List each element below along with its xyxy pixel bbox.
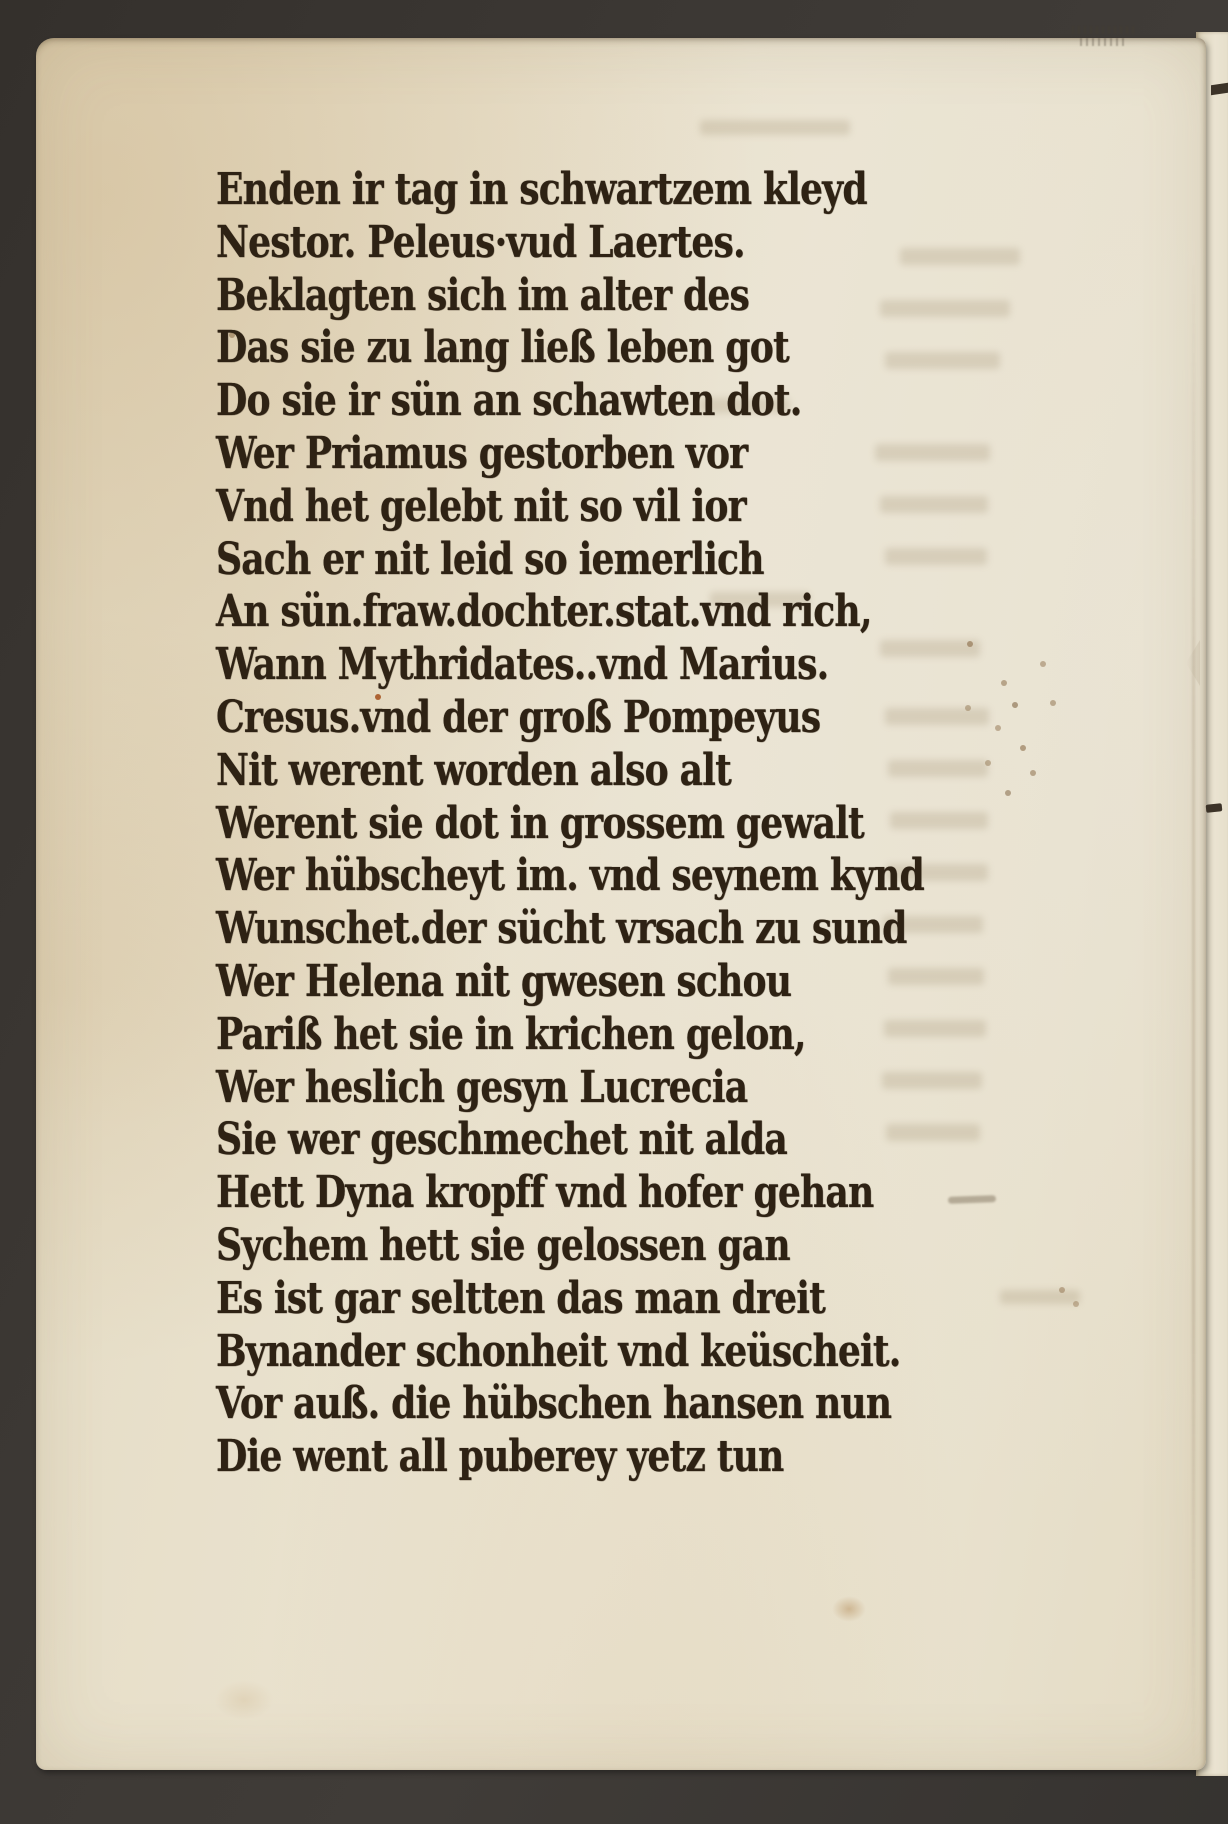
poem-line-24: Vor auß. die hübschen hansen nun [216, 1378, 839, 1431]
stain-spot [832, 1596, 866, 1622]
page-crease [1192, 260, 1195, 1760]
edge-tick-mid [1206, 803, 1223, 813]
poem-line-18: Wer heslich gesyn Lucrecia [216, 1062, 839, 1115]
stamp-speckle [1072, 26, 1134, 34]
stain-spot-faint [214, 1680, 274, 1720]
poem-line-5: Do sie ir sün an schawten dot. [216, 375, 839, 428]
poem-line-11: Cresus.vnd der groß Pompeyus [216, 692, 839, 745]
poem-line-12: Nit werent worden also alt [216, 745, 839, 798]
poem-line-22: Es ist gar seltten das man dreit [216, 1273, 839, 1326]
poem-line-4: Das sie zu lang ließ leben got [216, 322, 839, 375]
poem-line-10: Wann Mythridates..vnd Marius. [216, 639, 839, 692]
poem-line-1: Enden ir tag in schwartzem kleyd [216, 164, 839, 217]
poem-line-7: Vnd het gelebt nit so vil ior [216, 481, 839, 534]
poem-text-block: Enden ir tag in schwartzem kleyd Nestor.… [216, 164, 976, 1484]
poem-line-8: Sach er nit leid so iemerlich [216, 534, 839, 587]
poem-line-23: Bynander schonheit vnd keüscheit. [216, 1326, 839, 1379]
poem-line-13: Werent sie dot in grossem gewalt [216, 798, 839, 851]
poem-line-3: Beklagten sich im alter des [216, 270, 839, 323]
ghost-line [700, 120, 850, 135]
poem-line-2: Nestor. Peleus·vud Laertes. [216, 217, 839, 270]
ghost-line [1000, 1290, 1080, 1304]
poem-line-16: Wer Helena nit gwesen schou [216, 956, 839, 1009]
poem-line-19: Sie wer geschmechet nit alda [216, 1114, 839, 1167]
stamp-speckle-row2 [1080, 38, 1124, 46]
poem-line-14: Wer hübscheyt im. vnd seynem kynd [216, 850, 839, 903]
poem-line-17: Pariß het sie in krichen gelon, [216, 1009, 839, 1062]
ink-specks [0, 0, 4, 4]
scan-backdrop: Enden ir tag in schwartzem kleyd Nestor.… [0, 0, 1228, 1824]
poem-line-21: Sychem hett sie gelossen gan [216, 1220, 839, 1273]
poem-line-15: Wunschet.der sücht vrsach zu sund [216, 903, 839, 956]
poem-line-6: Wer Priamus gestorben vor [216, 428, 839, 481]
poem-line-25: Die went all puberey yetz tun [216, 1431, 839, 1484]
poem-line-9: An sün.fraw.dochter.stat.vnd rich, [216, 586, 839, 639]
poem-line-20: Hett Dyna kropff vnd hofer gehan [216, 1167, 839, 1220]
